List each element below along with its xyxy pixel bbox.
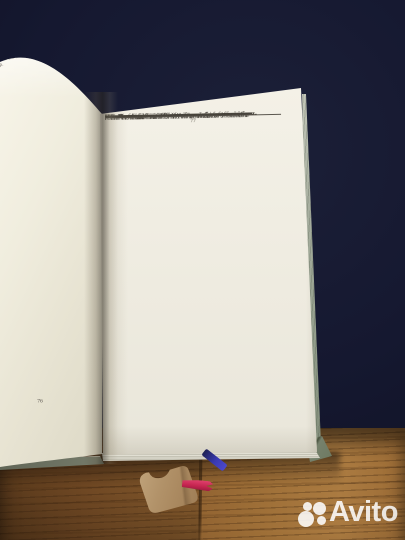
photo-of-open-book: ные мощцы нечувствительнрассекая губы, п… <box>0 0 405 540</box>
avito-logo-dot-icon <box>303 502 312 511</box>
avito-logo-dot-icon <box>298 511 314 527</box>
text-line: первыми его служителями. Он <box>0 50 31 69</box>
gutter-shadow <box>84 92 118 464</box>
avito-logo-dot-icon <box>313 502 326 515</box>
left-page-text: ные мощцы нечувствительнрассекая губы, п… <box>0 31 137 62</box>
avito-logo-dot-icon <box>317 516 326 525</box>
right-page: мудрый, судия правдивый, исполнитель рев… <box>100 86 322 460</box>
left-page-number: 76 <box>25 398 55 404</box>
avito-wordmark: Avito <box>329 496 398 529</box>
footnote-line: р н ы й ж а р — свар. <box>0 62 4 75</box>
right-page-text: мудрый, судия правдивый, исполнитель рев… <box>105 110 281 114</box>
avito-watermark: Avito <box>296 498 404 536</box>
